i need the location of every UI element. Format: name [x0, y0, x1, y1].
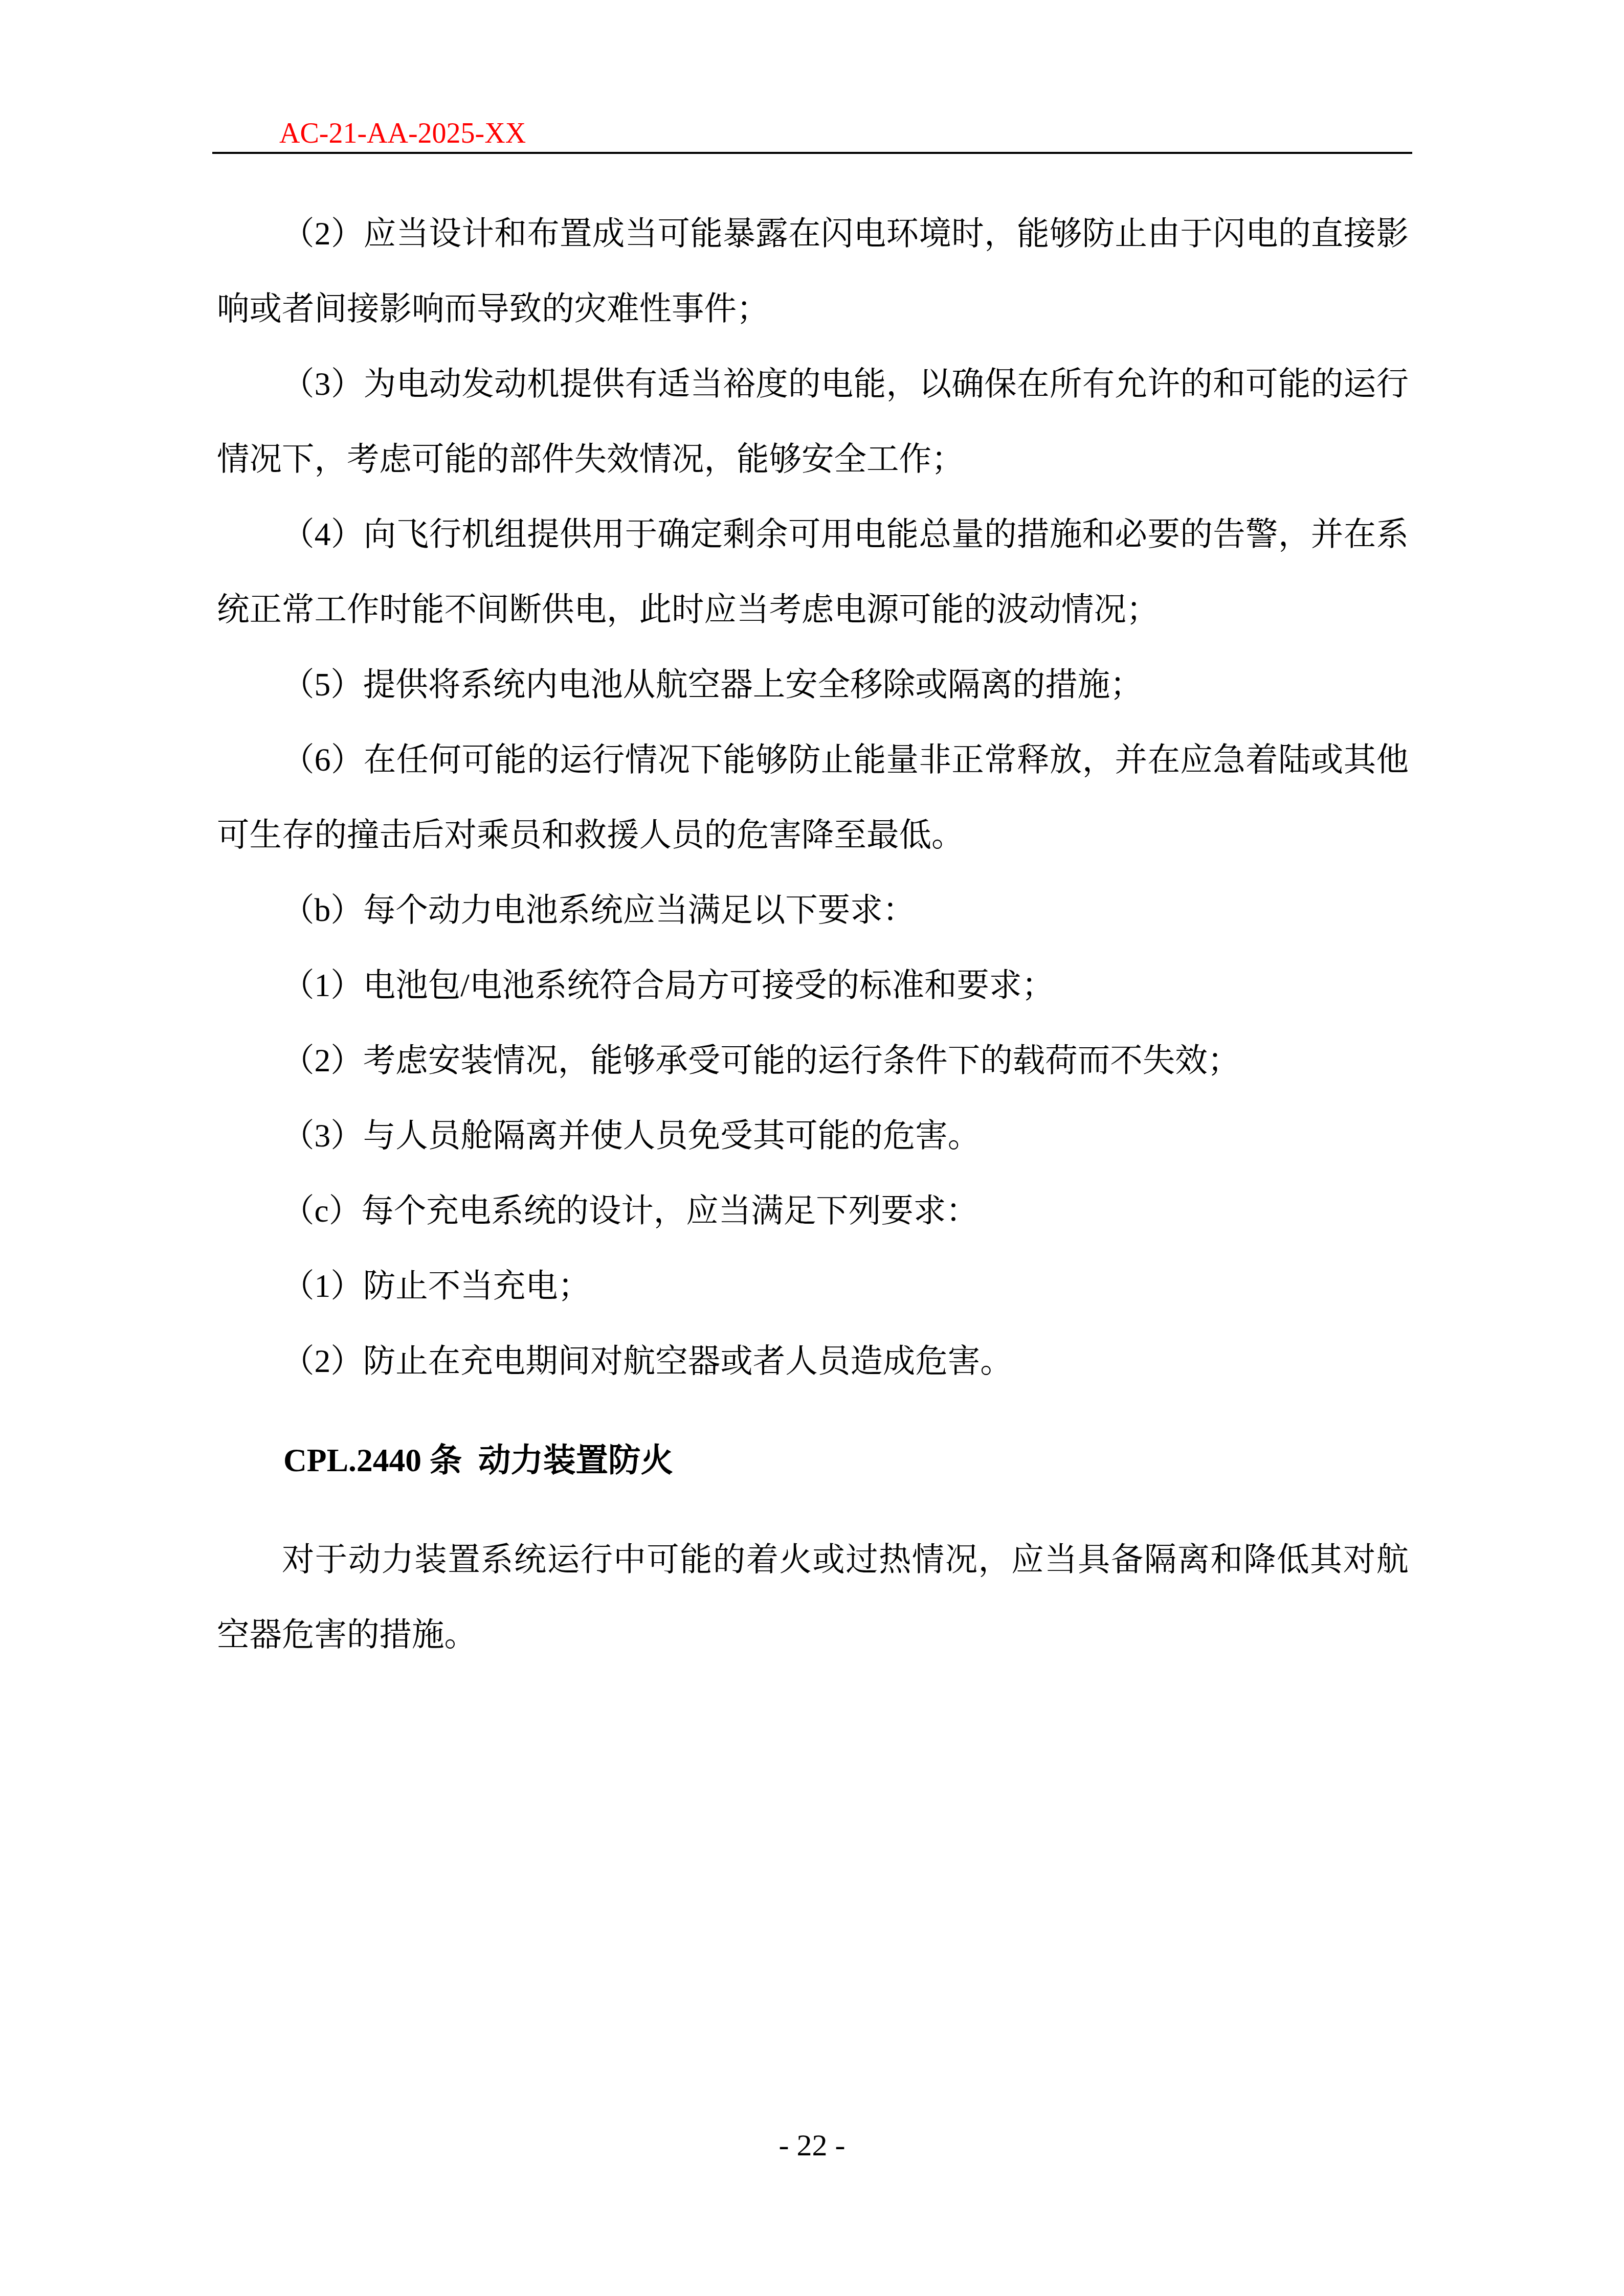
document-id-header: AC-21-AA-2025-XX	[279, 119, 526, 148]
paragraph-item-2-lightning: （2）应当设计和布置成当可能暴露在闪电环境时，能够防止由于闪电的直接影 响或者间…	[217, 196, 1409, 346]
header-divider	[212, 152, 1412, 154]
paragraph-item-5-battery-removal: （5）提供将系统内电池从航空器上安全移除或隔离的措施；	[217, 647, 1409, 722]
paragraph-c2-charging-hazard: （2）防止在充电期间对航空器或者人员造成危害。	[217, 1323, 1409, 1399]
paragraph-line: 统正常工作时能不间断供电，此时应当考虑电源可能的波动情况；	[217, 572, 1409, 647]
paragraph-line: （2）防止在充电期间对航空器或者人员造成危害。	[217, 1323, 1409, 1399]
paragraph-line: （1）电池包/电池系统符合局方可接受的标准和要求；	[217, 948, 1409, 1023]
paragraph-line: （1）防止不当充电；	[217, 1248, 1409, 1323]
paragraph-line: （5）提供将系统内电池从航空器上安全移除或隔离的措施；	[217, 647, 1409, 722]
paragraph-line: （3）为电动发动机提供有适当裕度的电能，以确保在所有允许的和可能的运行	[217, 346, 1409, 421]
paragraph-line: （2）考虑安装情况，能够承受可能的运行条件下的载荷而不失效；	[217, 1023, 1409, 1098]
paragraph-line: 情况下，考虑可能的部件失效情况，能够安全工作；	[217, 421, 1409, 497]
paragraph-line: （3）与人员舱隔离并使人员免受其可能的危害。	[217, 1098, 1409, 1173]
body-content: （2）应当设计和布置成当可能暴露在闪电环境时，能够防止由于闪电的直接影 响或者间…	[217, 196, 1409, 1672]
document-page: AC-21-AA-2025-XX （2）应当设计和布置成当可能暴露在闪电环境时，…	[0, 0, 1624, 2296]
paragraph-line: （c）每个充电系统的设计，应当满足下列要求：	[217, 1173, 1409, 1248]
paragraph-line: （4）向飞行机组提供用于确定剩余可用电能总量的措施和必要的告警，并在系	[217, 497, 1409, 572]
paragraph-b-battery-system: （b）每个动力电池系统应当满足以下要求：	[217, 872, 1409, 948]
section-heading: CPL.2440 条 动力装置防火	[217, 1423, 1409, 1498]
paragraph-b1-standards: （1）电池包/电池系统符合局方可接受的标准和要求；	[217, 948, 1409, 1023]
paragraph-b2-loads: （2）考虑安装情况，能够承受可能的运行条件下的载荷而不失效；	[217, 1023, 1409, 1098]
paragraph-c1-improper-charging: （1）防止不当充电；	[217, 1248, 1409, 1323]
paragraph-line: 可生存的撞击后对乘员和救援人员的危害降至最低。	[217, 797, 1409, 872]
paragraph-item-6-energy-release: （6）在任何可能的运行情况下能够防止能量非正常释放，并在应急着陆或其他 可生存的…	[217, 722, 1409, 872]
paragraph-line: 对于动力装置系统运行中可能的着火或过热情况，应当具备隔离和降低其对航	[217, 1522, 1409, 1597]
paragraph-line: 响或者间接影响而导致的灾难性事件；	[217, 271, 1409, 346]
page-number: - 22 -	[0, 2130, 1624, 2160]
paragraph-c-charging-system: （c）每个充电系统的设计，应当满足下列要求：	[217, 1173, 1409, 1248]
paragraph-line: （2）应当设计和布置成当可能暴露在闪电环境时，能够防止由于闪电的直接影	[217, 196, 1409, 271]
paragraph-item-3-power-margin: （3）为电动发动机提供有适当裕度的电能，以确保在所有允许的和可能的运行 情况下，…	[217, 346, 1409, 497]
paragraph-line: 空器危害的措施。	[217, 1597, 1409, 1672]
section-paragraph-fire-protection: 对于动力装置系统运行中可能的着火或过热情况，应当具备隔离和降低其对航 空器危害的…	[217, 1522, 1409, 1672]
paragraph-line: （6）在任何可能的运行情况下能够防止能量非正常释放，并在应急着陆或其他	[217, 722, 1409, 797]
paragraph-line: （b）每个动力电池系统应当满足以下要求：	[217, 872, 1409, 948]
paragraph-b3-isolation: （3）与人员舱隔离并使人员免受其可能的危害。	[217, 1098, 1409, 1173]
paragraph-item-4-crew-warning: （4）向飞行机组提供用于确定剩余可用电能总量的措施和必要的告警，并在系 统正常工…	[217, 497, 1409, 647]
